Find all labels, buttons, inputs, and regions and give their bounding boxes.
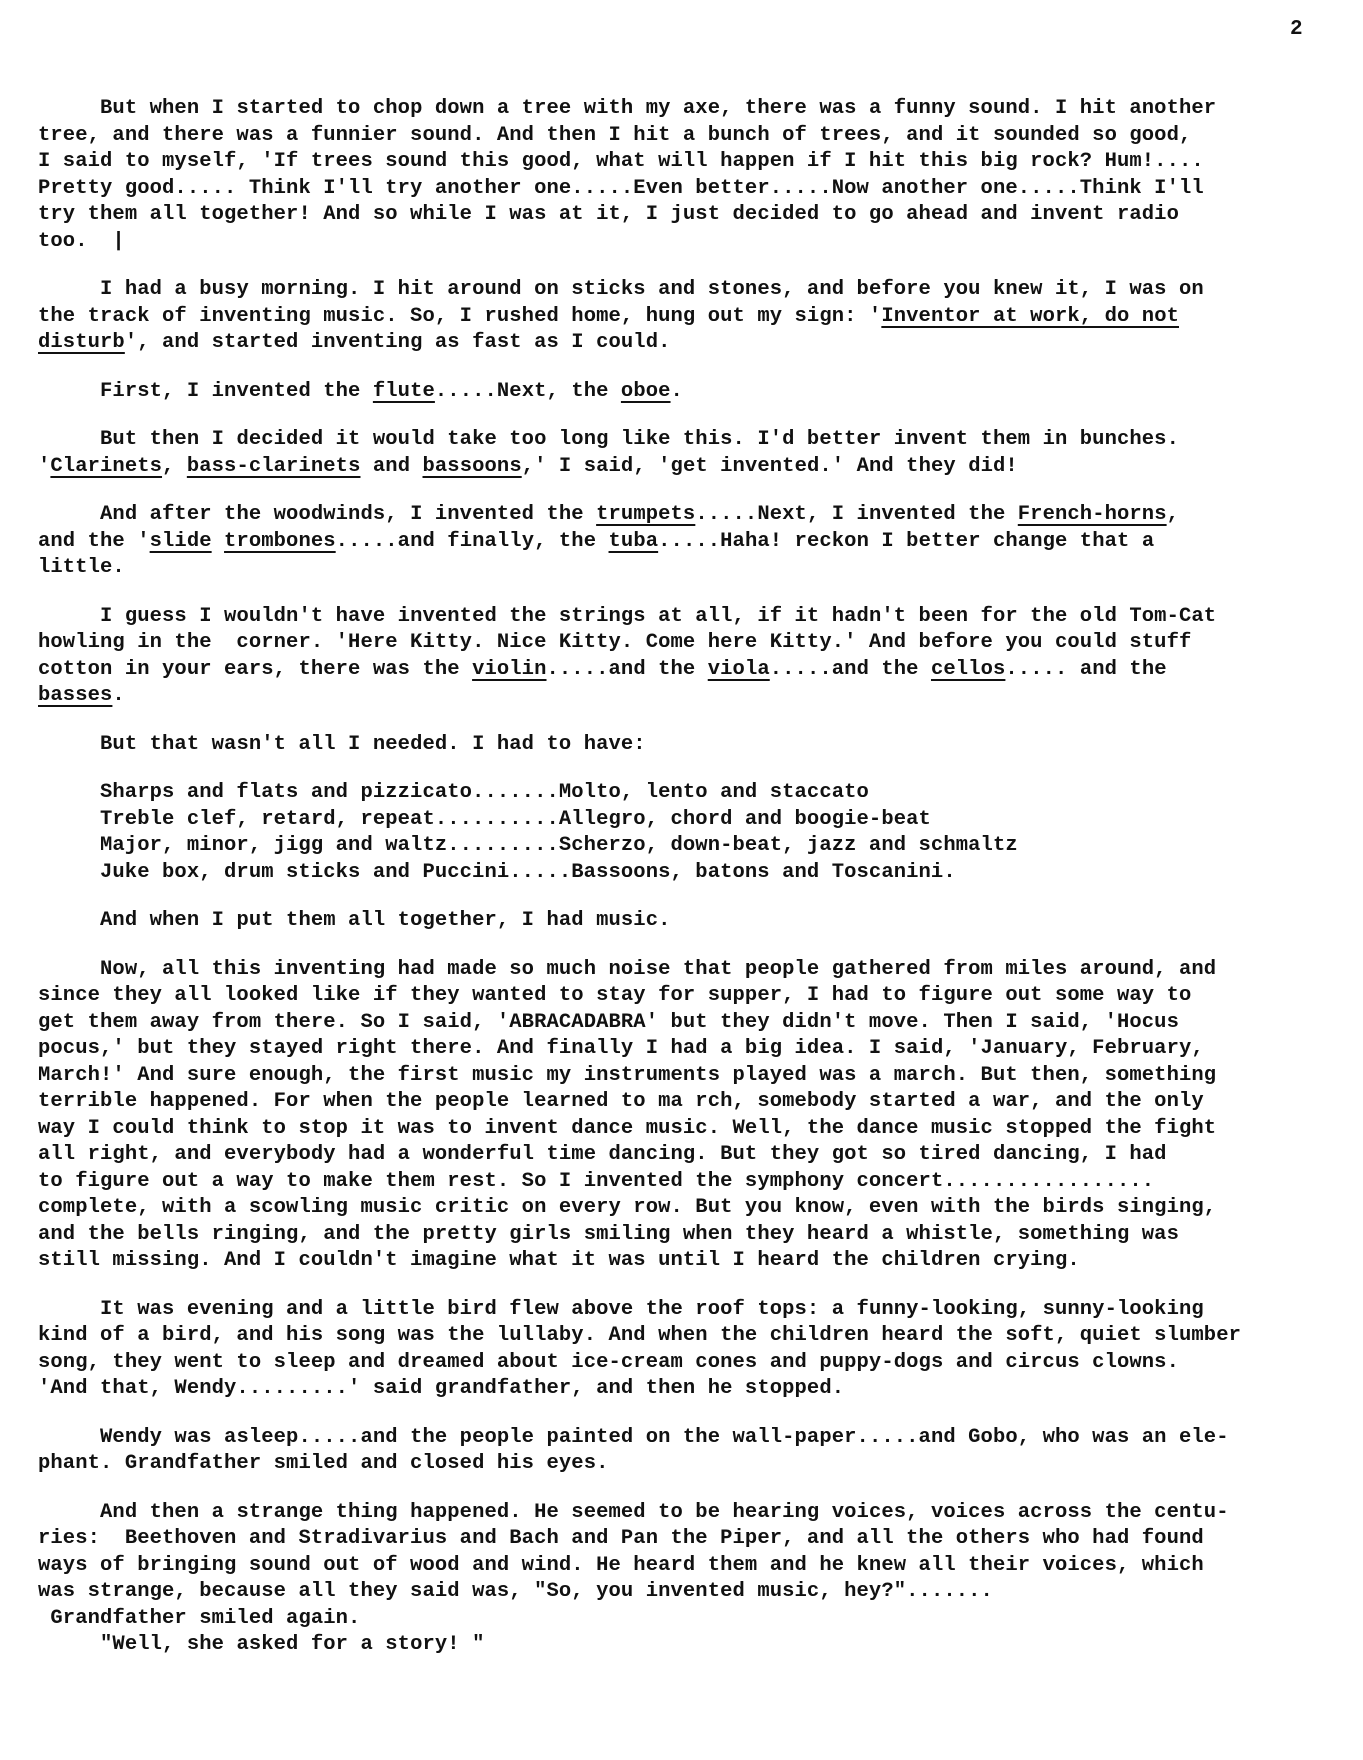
paragraph: Now, all this inventing had made so much…	[38, 957, 1338, 1275]
underlined-term: basses	[38, 684, 112, 707]
paragraph: But then I decided it would take too lon…	[38, 427, 1338, 480]
paragraph: I had a busy morning. I hit around on st…	[38, 277, 1338, 357]
paragraphs-part-1: But when I started to chop down a tree w…	[38, 96, 1338, 758]
list-item: Major, minor, jigg and waltz.........Sch…	[100, 833, 1338, 860]
paragraph: And when I put them all together, I had …	[38, 908, 1338, 935]
list-item: Treble clef, retard, repeat..........All…	[100, 807, 1338, 834]
underlined-term: cellos	[931, 658, 1005, 681]
underlined-term: trumpets	[596, 503, 695, 526]
underlined-term: Clarinets	[50, 455, 162, 478]
paragraph: And then a strange thing happened. He se…	[38, 1500, 1338, 1659]
page-number: 2	[1290, 18, 1303, 41]
paragraph: First, I invented the flute.....Next, th…	[38, 379, 1338, 406]
paragraph: But when I started to chop down a tree w…	[38, 96, 1338, 255]
paragraph: I guess I wouldn't have invented the str…	[38, 604, 1338, 710]
underlined-term: violin	[472, 658, 546, 681]
underlined-term: tuba	[609, 530, 659, 553]
underlined-term: disturb	[38, 331, 125, 354]
underlined-term: bass-clarinets	[187, 455, 361, 478]
list-item: Sharps and flats and pizzicato.......Mol…	[100, 780, 1338, 807]
underlined-term: Inventor at work, do not	[881, 305, 1179, 328]
list-item: Juke box, drum sticks and Puccini.....Ba…	[100, 860, 1338, 887]
underlined-term: slide	[150, 530, 212, 553]
paragraphs-part-2: And when I put them all together, I had …	[38, 908, 1338, 1659]
music-terms-list: Sharps and flats and pizzicato.......Mol…	[38, 780, 1338, 886]
underlined-term: bassoons	[423, 455, 522, 478]
underlined-term: trombones	[224, 530, 336, 553]
document-body: But when I started to chop down a tree w…	[38, 96, 1338, 1659]
underlined-term: viola	[708, 658, 770, 681]
underlined-term: French-horns	[1018, 503, 1167, 526]
paragraph: It was evening and a little bird flew ab…	[38, 1297, 1338, 1403]
underlined-term: oboe	[621, 380, 671, 403]
paragraph: And after the woodwinds, I invented the …	[38, 502, 1338, 582]
underlined-term: flute	[373, 380, 435, 403]
paragraph: Wendy was asleep.....and the people pain…	[38, 1425, 1338, 1478]
paragraph: But that wasn't all I needed. I had to h…	[38, 732, 1338, 759]
